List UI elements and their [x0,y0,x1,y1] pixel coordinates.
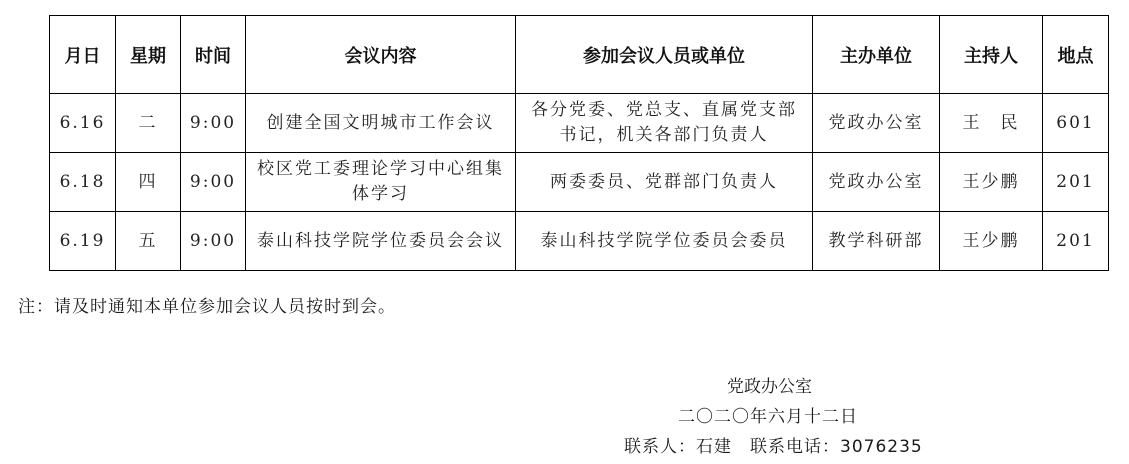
cell-date: 6.16 [50,94,116,153]
cell-attendees: 泰山科技学院学位委员会委员 [516,212,813,271]
table-header-row: 月日 星期 时间 会议内容 参加会议人员或单位 主办单位 主持人 地点 [50,16,1109,94]
header-time: 时间 [181,16,246,94]
cell-organizer: 教学科研部 [813,212,940,271]
header-host: 主持人 [940,16,1043,94]
cell-organizer: 党政办公室 [813,94,940,153]
footnote: 注：请及时通知本单位参加会议人员按时到会。 [18,292,396,317]
cell-attendees: 两委委员、党群部门负责人 [516,153,813,212]
header-location: 地点 [1043,16,1109,94]
header-date: 月日 [50,16,116,94]
cell-content: 校区党工委理论学习中心组集体学习 [246,153,516,212]
cell-time: 9:00 [181,94,246,153]
cell-organizer: 党政办公室 [813,153,940,212]
signature-date: 二〇二〇年六月十二日 [678,402,858,427]
cell-location: 601 [1043,94,1109,153]
signature-contact: 联系人：石建联系电话：3076235 [624,432,923,457]
cell-weekday: 四 [116,153,181,212]
cell-attendees: 各分党委、党总支、直属党支部书记，机关各部门负责人 [516,94,813,153]
table-row: 6.18 四 9:00 校区党工委理论学习中心组集体学习 两委委员、党群部门负责… [50,153,1109,212]
table-row: 6.19 五 9:00 泰山科技学院学位委员会会议 泰山科技学院学位委员会委员 … [50,212,1109,271]
table-row: 6.16 二 9:00 创建全国文明城市工作会议 各分党委、党总支、直属党支部书… [50,94,1109,153]
header-attendees: 参加会议人员或单位 [516,16,813,94]
cell-date: 6.18 [50,153,116,212]
cell-host: 王少鹏 [940,153,1043,212]
header-organizer: 主办单位 [813,16,940,94]
cell-date: 6.19 [50,212,116,271]
meeting-schedule-table: 月日 星期 时间 会议内容 参加会议人员或单位 主办单位 主持人 地点 6.16… [49,15,1109,271]
cell-weekday: 五 [116,212,181,271]
cell-time: 9:00 [181,212,246,271]
cell-content: 创建全国文明城市工作会议 [246,94,516,153]
cell-time: 9:00 [181,153,246,212]
cell-host: 王少鹏 [940,212,1043,271]
cell-weekday: 二 [116,94,181,153]
contact-phone: 联系电话：3076235 [750,437,923,457]
cell-host: 王 民 [940,94,1043,153]
cell-content: 泰山科技学院学位委员会会议 [246,212,516,271]
header-content: 会议内容 [246,16,516,94]
cell-location: 201 [1043,212,1109,271]
header-weekday: 星期 [116,16,181,94]
signature-office: 党政办公室 [727,372,812,397]
contact-person: 联系人：石建 [624,437,732,457]
cell-location: 201 [1043,153,1109,212]
